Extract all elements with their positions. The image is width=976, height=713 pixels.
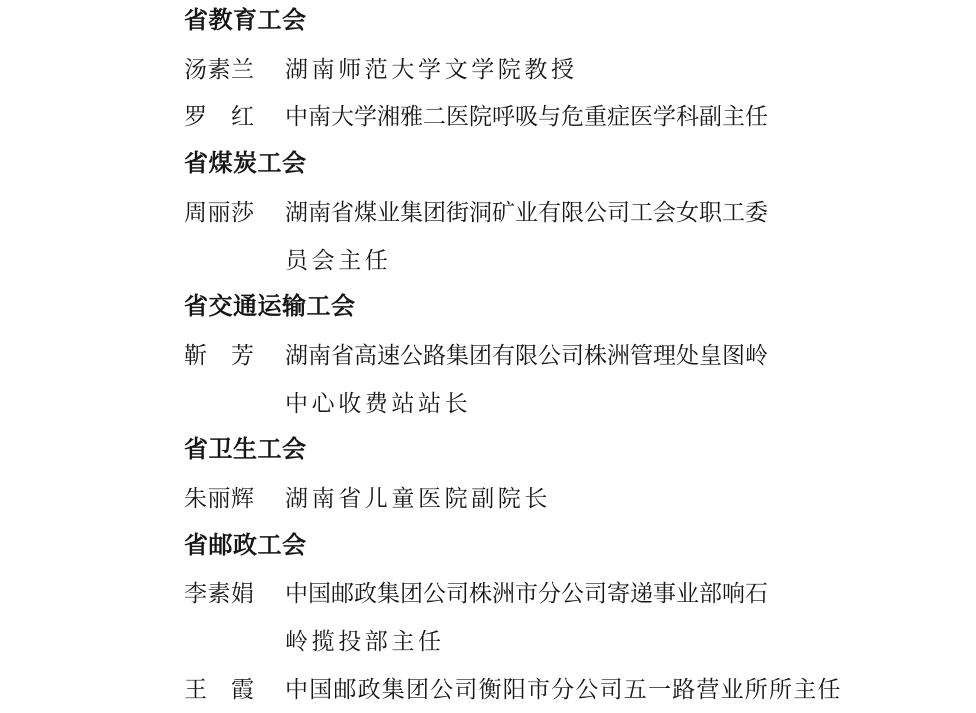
section-header-health-union: 省卫生工会 (184, 427, 864, 475)
section-header-postal-union: 省邮政工会 (184, 523, 864, 571)
person-title-line: 中南大学湘雅二医院呼吸与危重症医学科副主任 (285, 104, 768, 129)
person-name: 周丽莎 (184, 189, 254, 237)
section-header-transport-union: 省交通运输工会 (184, 284, 864, 332)
section-header-coal-union: 省煤炭工会 (184, 141, 864, 189)
person-title-line: 员会主任 (285, 248, 391, 273)
person-title-line: 岭揽投部主任 (285, 629, 445, 654)
person-title-line: 湖南省煤业集团街洞矿业有限公司工会女职工委 (285, 200, 768, 225)
person-title: 湖南省煤业集团街洞矿业有限公司工会女职工委 员会主任 (285, 189, 855, 284)
entry-row: 王霞 中国邮政集团公司衡阳市分公司五一路营业所所主任 (184, 666, 864, 713)
person-title: 中国邮政集团公司衡阳市分公司五一路营业所所主任 (285, 666, 855, 713)
person-title: 中国邮政集团公司株洲市分公司寄递事业部响石 岭揽投部主任 (285, 570, 855, 665)
document-page: 省教育工会 汤素兰 湖南师范大学文学院教授 罗红 中南大学湘雅二医院呼吸与危重症… (0, 0, 864, 713)
person-name: 朱丽辉 (184, 475, 254, 523)
person-title: 湖南省儿童医院副院长 (285, 475, 855, 523)
section-header-education-union: 省教育工会 (184, 0, 864, 46)
person-title-line: 中心收费站站长 (285, 391, 471, 416)
entry-row: 汤素兰 湖南师范大学文学院教授 (184, 46, 864, 94)
person-title-line: 湖南师范大学文学院教授 (285, 57, 578, 82)
person-name: 靳芳 (184, 332, 254, 380)
person-title-line: 中国邮政集团公司衡阳市分公司五一路营业所所主任 (285, 677, 842, 702)
person-name: 汤素兰 (184, 46, 254, 94)
person-name: 王霞 (184, 666, 254, 713)
entry-row: 朱丽辉 湖南省儿童医院副院长 (184, 475, 864, 523)
person-title: 中南大学湘雅二医院呼吸与危重症医学科副主任 (285, 93, 855, 141)
person-name: 李素娟 (184, 570, 254, 618)
person-title-line: 湖南省儿童医院副院长 (285, 486, 551, 511)
person-title-line: 湖南省高速公路集团有限公司株洲管理处皇图岭 (285, 343, 768, 368)
entry-row: 罗红 中南大学湘雅二医院呼吸与危重症医学科副主任 (184, 93, 864, 141)
entry-row: 周丽莎 湖南省煤业集团街洞矿业有限公司工会女职工委 员会主任 (184, 189, 864, 284)
person-title: 湖南师范大学文学院教授 (285, 46, 855, 94)
person-title: 湖南省高速公路集团有限公司株洲管理处皇图岭 中心收费站站长 (285, 332, 855, 427)
entry-row: 李素娟 中国邮政集团公司株洲市分公司寄递事业部响石 岭揽投部主任 (184, 570, 864, 665)
person-name: 罗红 (184, 93, 254, 141)
entry-row: 靳芳 湖南省高速公路集团有限公司株洲管理处皇图岭 中心收费站站长 (184, 332, 864, 427)
person-title-line: 中国邮政集团公司株洲市分公司寄递事业部响石 (285, 581, 768, 606)
